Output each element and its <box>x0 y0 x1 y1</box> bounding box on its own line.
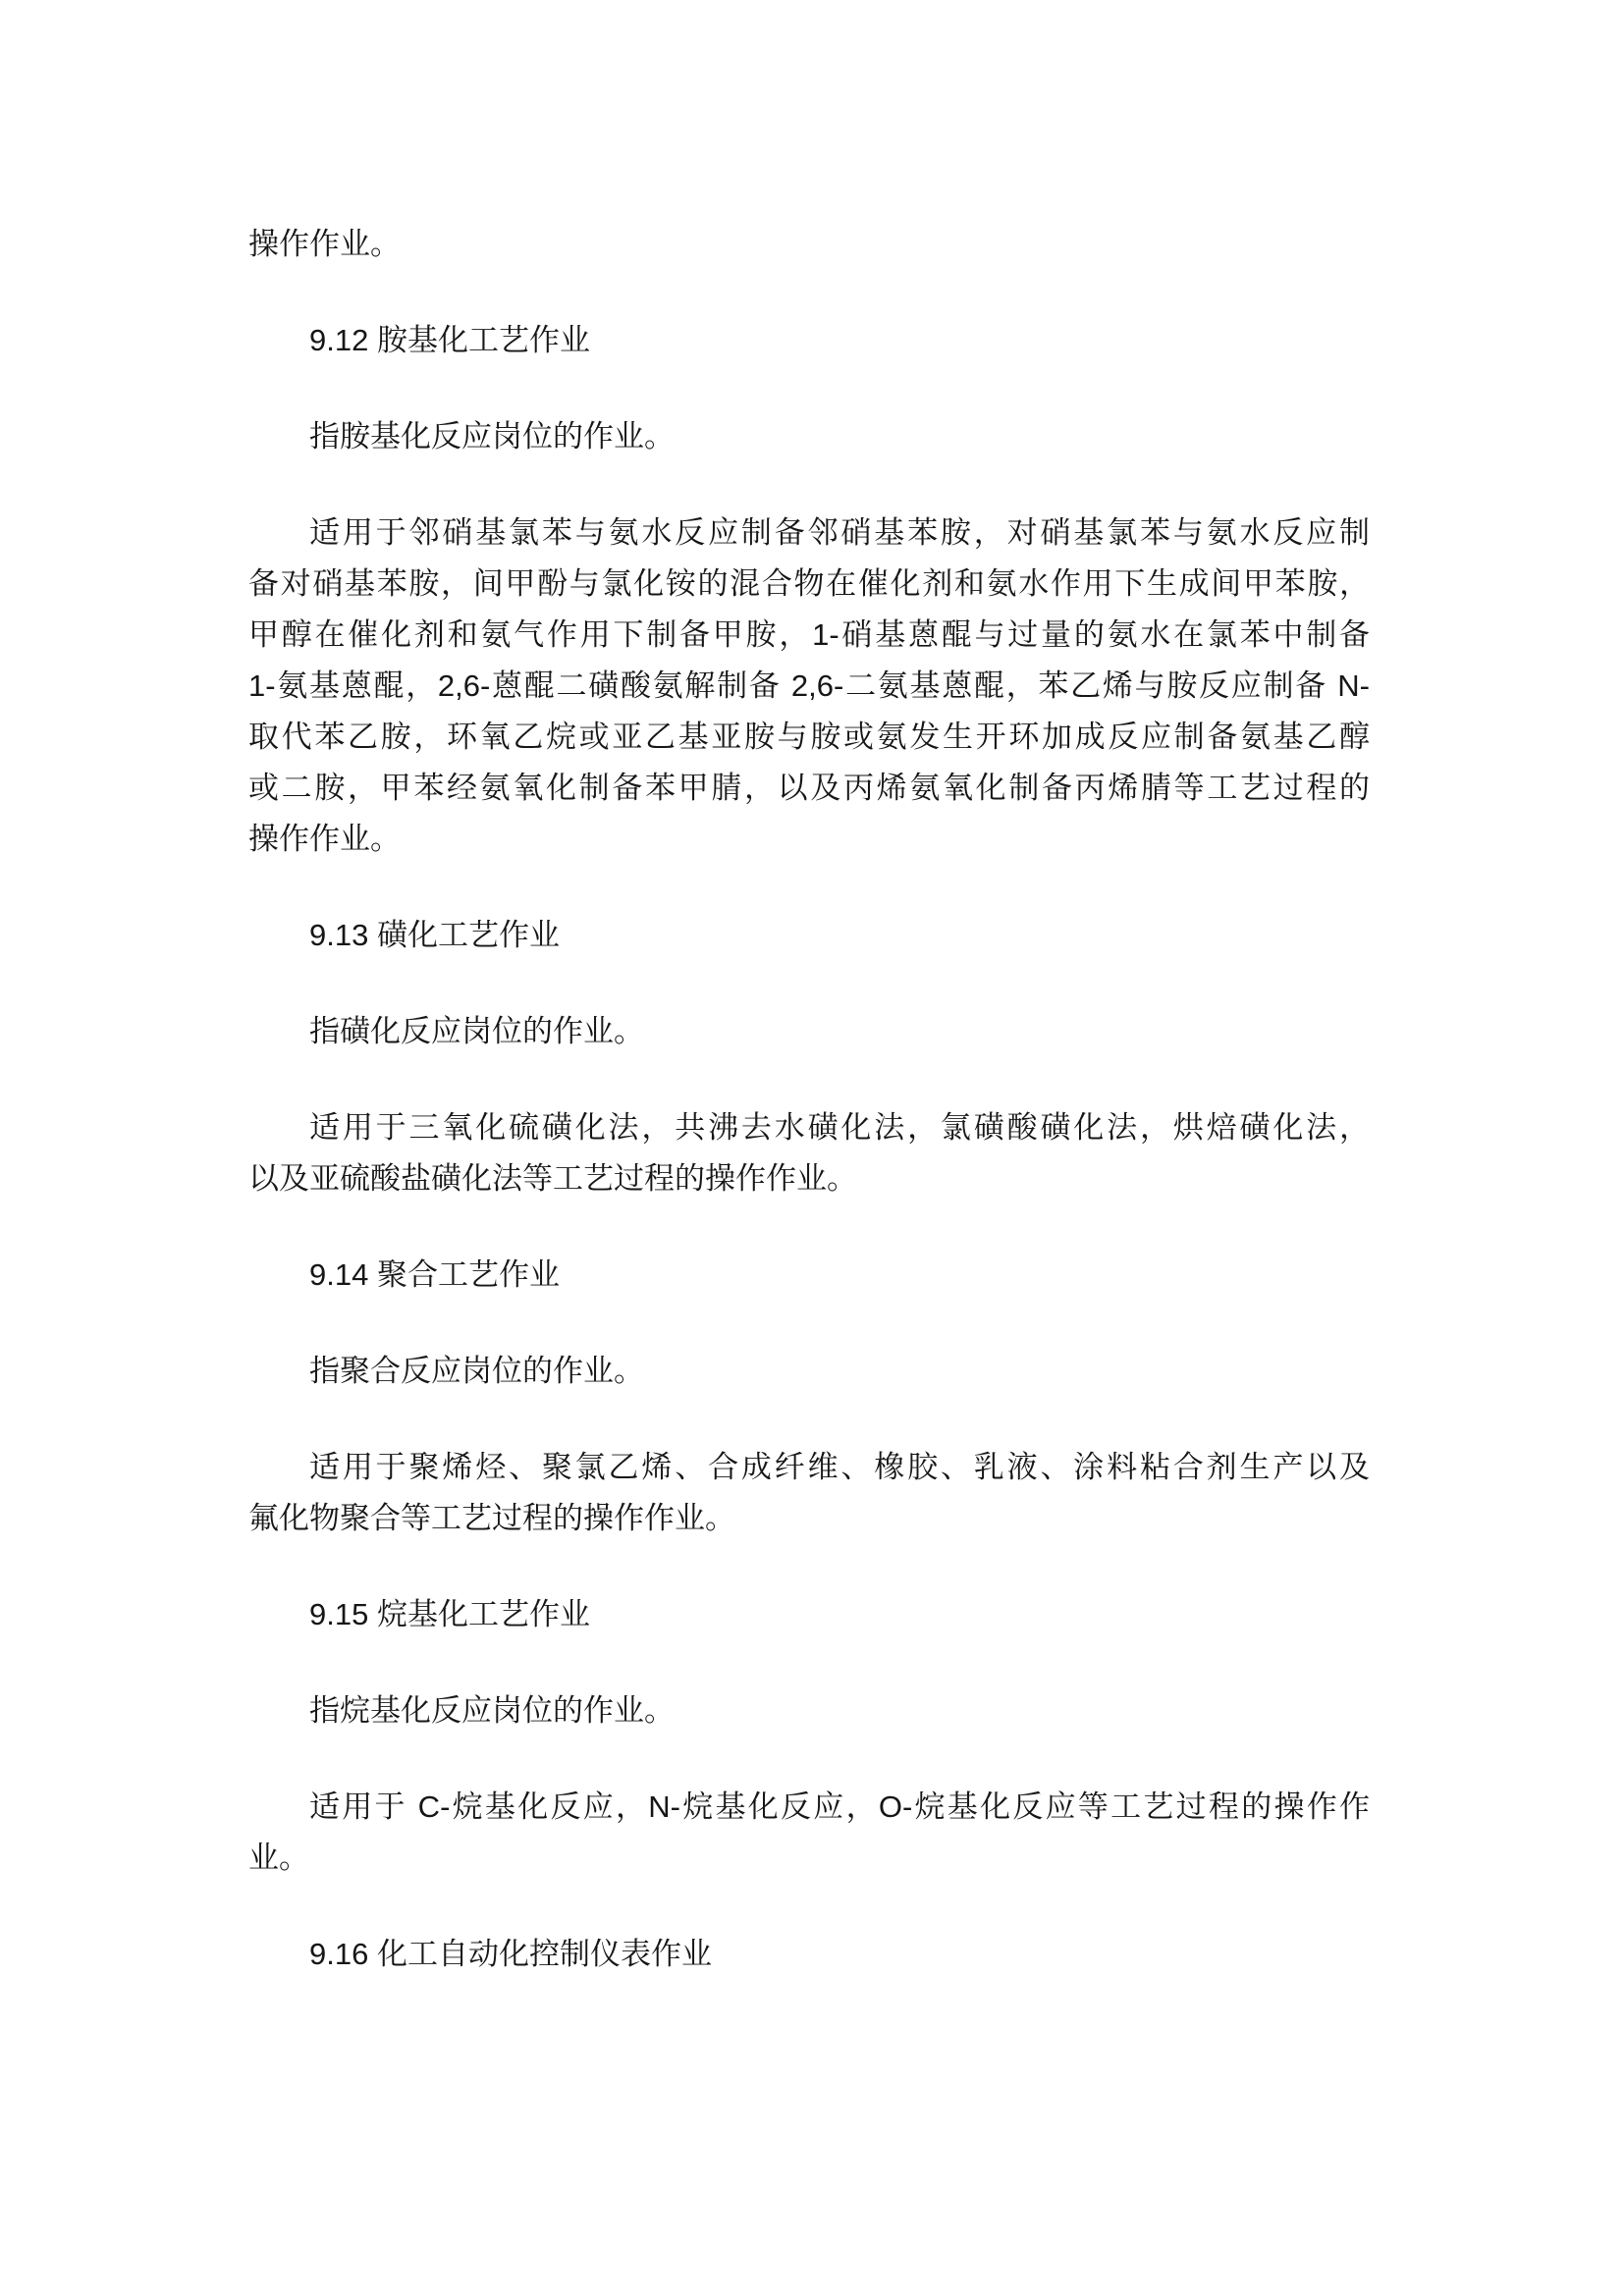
heading-9-16: 9.16 化工自动化控制仪表作业 <box>248 1929 1370 1980</box>
document-page: 操作作业。 9.12 胺基化工艺作业 指胺基化反应岗位的作业。 适用于邻硝基氯苯… <box>0 0 1624 2296</box>
paragraph-scope-alkylation: 适用于 C-烷基化反应，N-烷基化反应，O-烷基化反应等工艺过程的操作作 业。 <box>248 1782 1370 1884</box>
text-line: 操作作业。 <box>248 814 1370 865</box>
text-line: 甲醇在催化剂和氨气作用下制备甲胺，1-硝基蒽醌与过量的氨水在氯苯中制备 <box>248 610 1370 661</box>
heading-text: 9.14 聚合工艺作业 <box>248 1250 1370 1301</box>
paragraph-definition-amination: 指胺基化反应岗位的作业。 <box>248 411 1370 462</box>
paragraph-definition-sulfonation: 指磺化反应岗位的作业。 <box>248 1006 1370 1057</box>
heading-text: 9.13 磺化工艺作业 <box>248 910 1370 961</box>
text-line: 备对硝基苯胺，间甲酚与氯化铵的混合物在催化剂和氨水作用下生成间甲苯胺， <box>248 559 1370 610</box>
text-line: 或二胺，甲苯经氨氧化制备苯甲腈，以及丙烯氨氧化制备丙烯腈等工艺过程的 <box>248 763 1370 814</box>
text-line: 适用于 C-烷基化反应，N-烷基化反应，O-烷基化反应等工艺过程的操作作 <box>248 1782 1370 1833</box>
text-line: 业。 <box>248 1833 1370 1884</box>
text-line: 指磺化反应岗位的作业。 <box>248 1006 1370 1057</box>
text-line: 指烷基化反应岗位的作业。 <box>248 1685 1370 1736</box>
text-line: 取代苯乙胺，环氧乙烷或亚乙基亚胺与胺或氨发生开环加成反应制备氨基乙醇 <box>248 712 1370 763</box>
text-line: 指胺基化反应岗位的作业。 <box>248 411 1370 462</box>
text-line: 适用于邻硝基氯苯与氨水反应制备邻硝基苯胺，对硝基氯苯与氨水反应制 <box>248 507 1370 559</box>
paragraph-scope-polymerization: 适用于聚烯烃、聚氯乙烯、合成纤维、橡胶、乳液、涂料粘合剂生产以及 氟化物聚合等工… <box>248 1442 1370 1544</box>
heading-9-14: 9.14 聚合工艺作业 <box>248 1250 1370 1301</box>
paragraph-definition-alkylation: 指烷基化反应岗位的作业。 <box>248 1685 1370 1736</box>
heading-text: 9.12 胺基化工艺作业 <box>248 315 1370 366</box>
heading-9-12: 9.12 胺基化工艺作业 <box>248 315 1370 366</box>
text-line: 氟化物聚合等工艺过程的操作作业。 <box>248 1493 1370 1544</box>
text-line: 1-氨基蒽醌，2,6-蒽醌二磺酸氨解制备 2,6-二氨基蒽醌，苯乙烯与胺反应制备… <box>248 661 1370 712</box>
paragraph-scope-sulfonation: 适用于三氧化硫磺化法，共沸去水磺化法，氯磺酸磺化法，烘焙磺化法， 以及亚硫酸盐磺… <box>248 1102 1370 1204</box>
text-line: 以及亚硫酸盐磺化法等工艺过程的操作作业。 <box>248 1153 1370 1204</box>
text-line: 适用于聚烯烃、聚氯乙烯、合成纤维、橡胶、乳液、涂料粘合剂生产以及 <box>248 1442 1370 1493</box>
paragraph-scope-amination: 适用于邻硝基氯苯与氨水反应制备邻硝基苯胺，对硝基氯苯与氨水反应制 备对硝基苯胺，… <box>248 507 1370 865</box>
heading-9-13: 9.13 磺化工艺作业 <box>248 910 1370 961</box>
paragraph-continuation: 操作作业。 <box>248 219 1370 270</box>
heading-text: 9.16 化工自动化控制仪表作业 <box>248 1929 1370 1980</box>
text-line: 操作作业。 <box>248 219 1370 270</box>
text-line: 指聚合反应岗位的作业。 <box>248 1346 1370 1397</box>
text-line: 适用于三氧化硫磺化法，共沸去水磺化法，氯磺酸磺化法，烘焙磺化法， <box>248 1102 1370 1153</box>
heading-text: 9.15 烷基化工艺作业 <box>248 1589 1370 1640</box>
paragraph-definition-polymerization: 指聚合反应岗位的作业。 <box>248 1346 1370 1397</box>
heading-9-15: 9.15 烷基化工艺作业 <box>248 1589 1370 1640</box>
